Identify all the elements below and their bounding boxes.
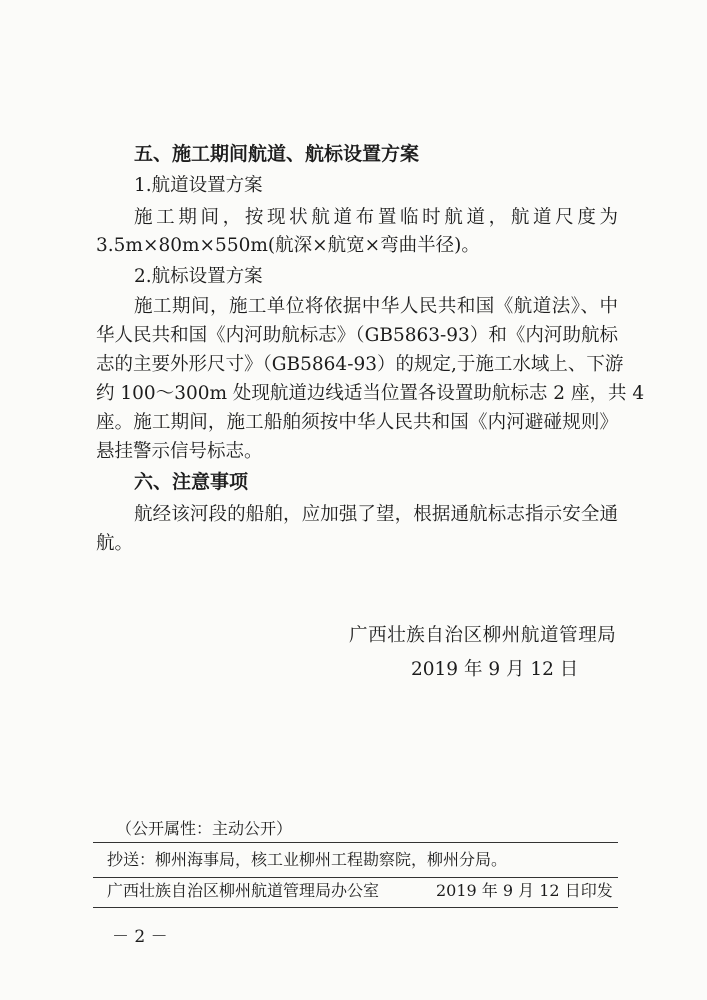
section6-heading: 六、注意事项 [134, 469, 248, 495]
disclosure-attribute: （公开属性：主动公开） [116, 818, 292, 840]
signature-date: 2019 年 9 月 12 日 [411, 657, 578, 683]
paragraph-line: 航。 [96, 531, 133, 557]
section5-heading: 五、施工期间航道、航标设置方案 [134, 141, 419, 167]
footer-rule-bottom [93, 907, 618, 908]
paragraph-line: 3.5m×80m×550m(航深×航宽×弯曲半径)。 [96, 233, 480, 259]
section5-sub1-title: 1.航道设置方案 [134, 173, 263, 199]
page-number: － 2 － [112, 926, 168, 948]
paragraph-line: 志的主要外形尺寸》（GB5864-93）的规定,于施工水域上、下游 [96, 352, 618, 378]
paragraph-line: 座。施工期间，施工船舶须按中华人民共和国《内河避碰规则》 [96, 410, 618, 436]
issue-date: 2019 年 9 月 12 日印发 [436, 880, 613, 902]
section5-sub2-title: 2.航标设置方案 [134, 264, 263, 290]
footer-rule-top [93, 842, 618, 843]
paragraph-line: 悬挂警示信号标志。 [96, 439, 263, 465]
paragraph-line: 华人民共和国《内河助航标志》（GB5863-93）和《内河助航标 [96, 323, 618, 349]
paragraph-line: 施工期间，按现状航道布置临时航道，航道尺度为 [134, 205, 618, 231]
issuer-office: 广西壮族自治区柳州航道管理局办公室 [107, 880, 379, 902]
paragraph-line: 航经该河段的船舶，应加强了望，根据通航标志指示安全通 [134, 502, 618, 528]
footer-rule-middle [93, 877, 618, 878]
signature-org: 广西壮族自治区柳州航道管理局 [349, 623, 616, 649]
cc-list: 抄送：柳州海事局，核工业柳州工程勘察院，柳州分局。 [107, 849, 507, 871]
paragraph-line: 施工期间，施工单位将依据中华人民共和国《航道法》、中 [134, 294, 618, 320]
paragraph-line: 约 100～300m 处现航道边线适当位置各设置助航标志 2 座，共 4 [96, 381, 618, 407]
document-page: 五、施工期间航道、航标设置方案 1.航道设置方案 施工期间，按现状航道布置临时航… [0, 0, 707, 1000]
